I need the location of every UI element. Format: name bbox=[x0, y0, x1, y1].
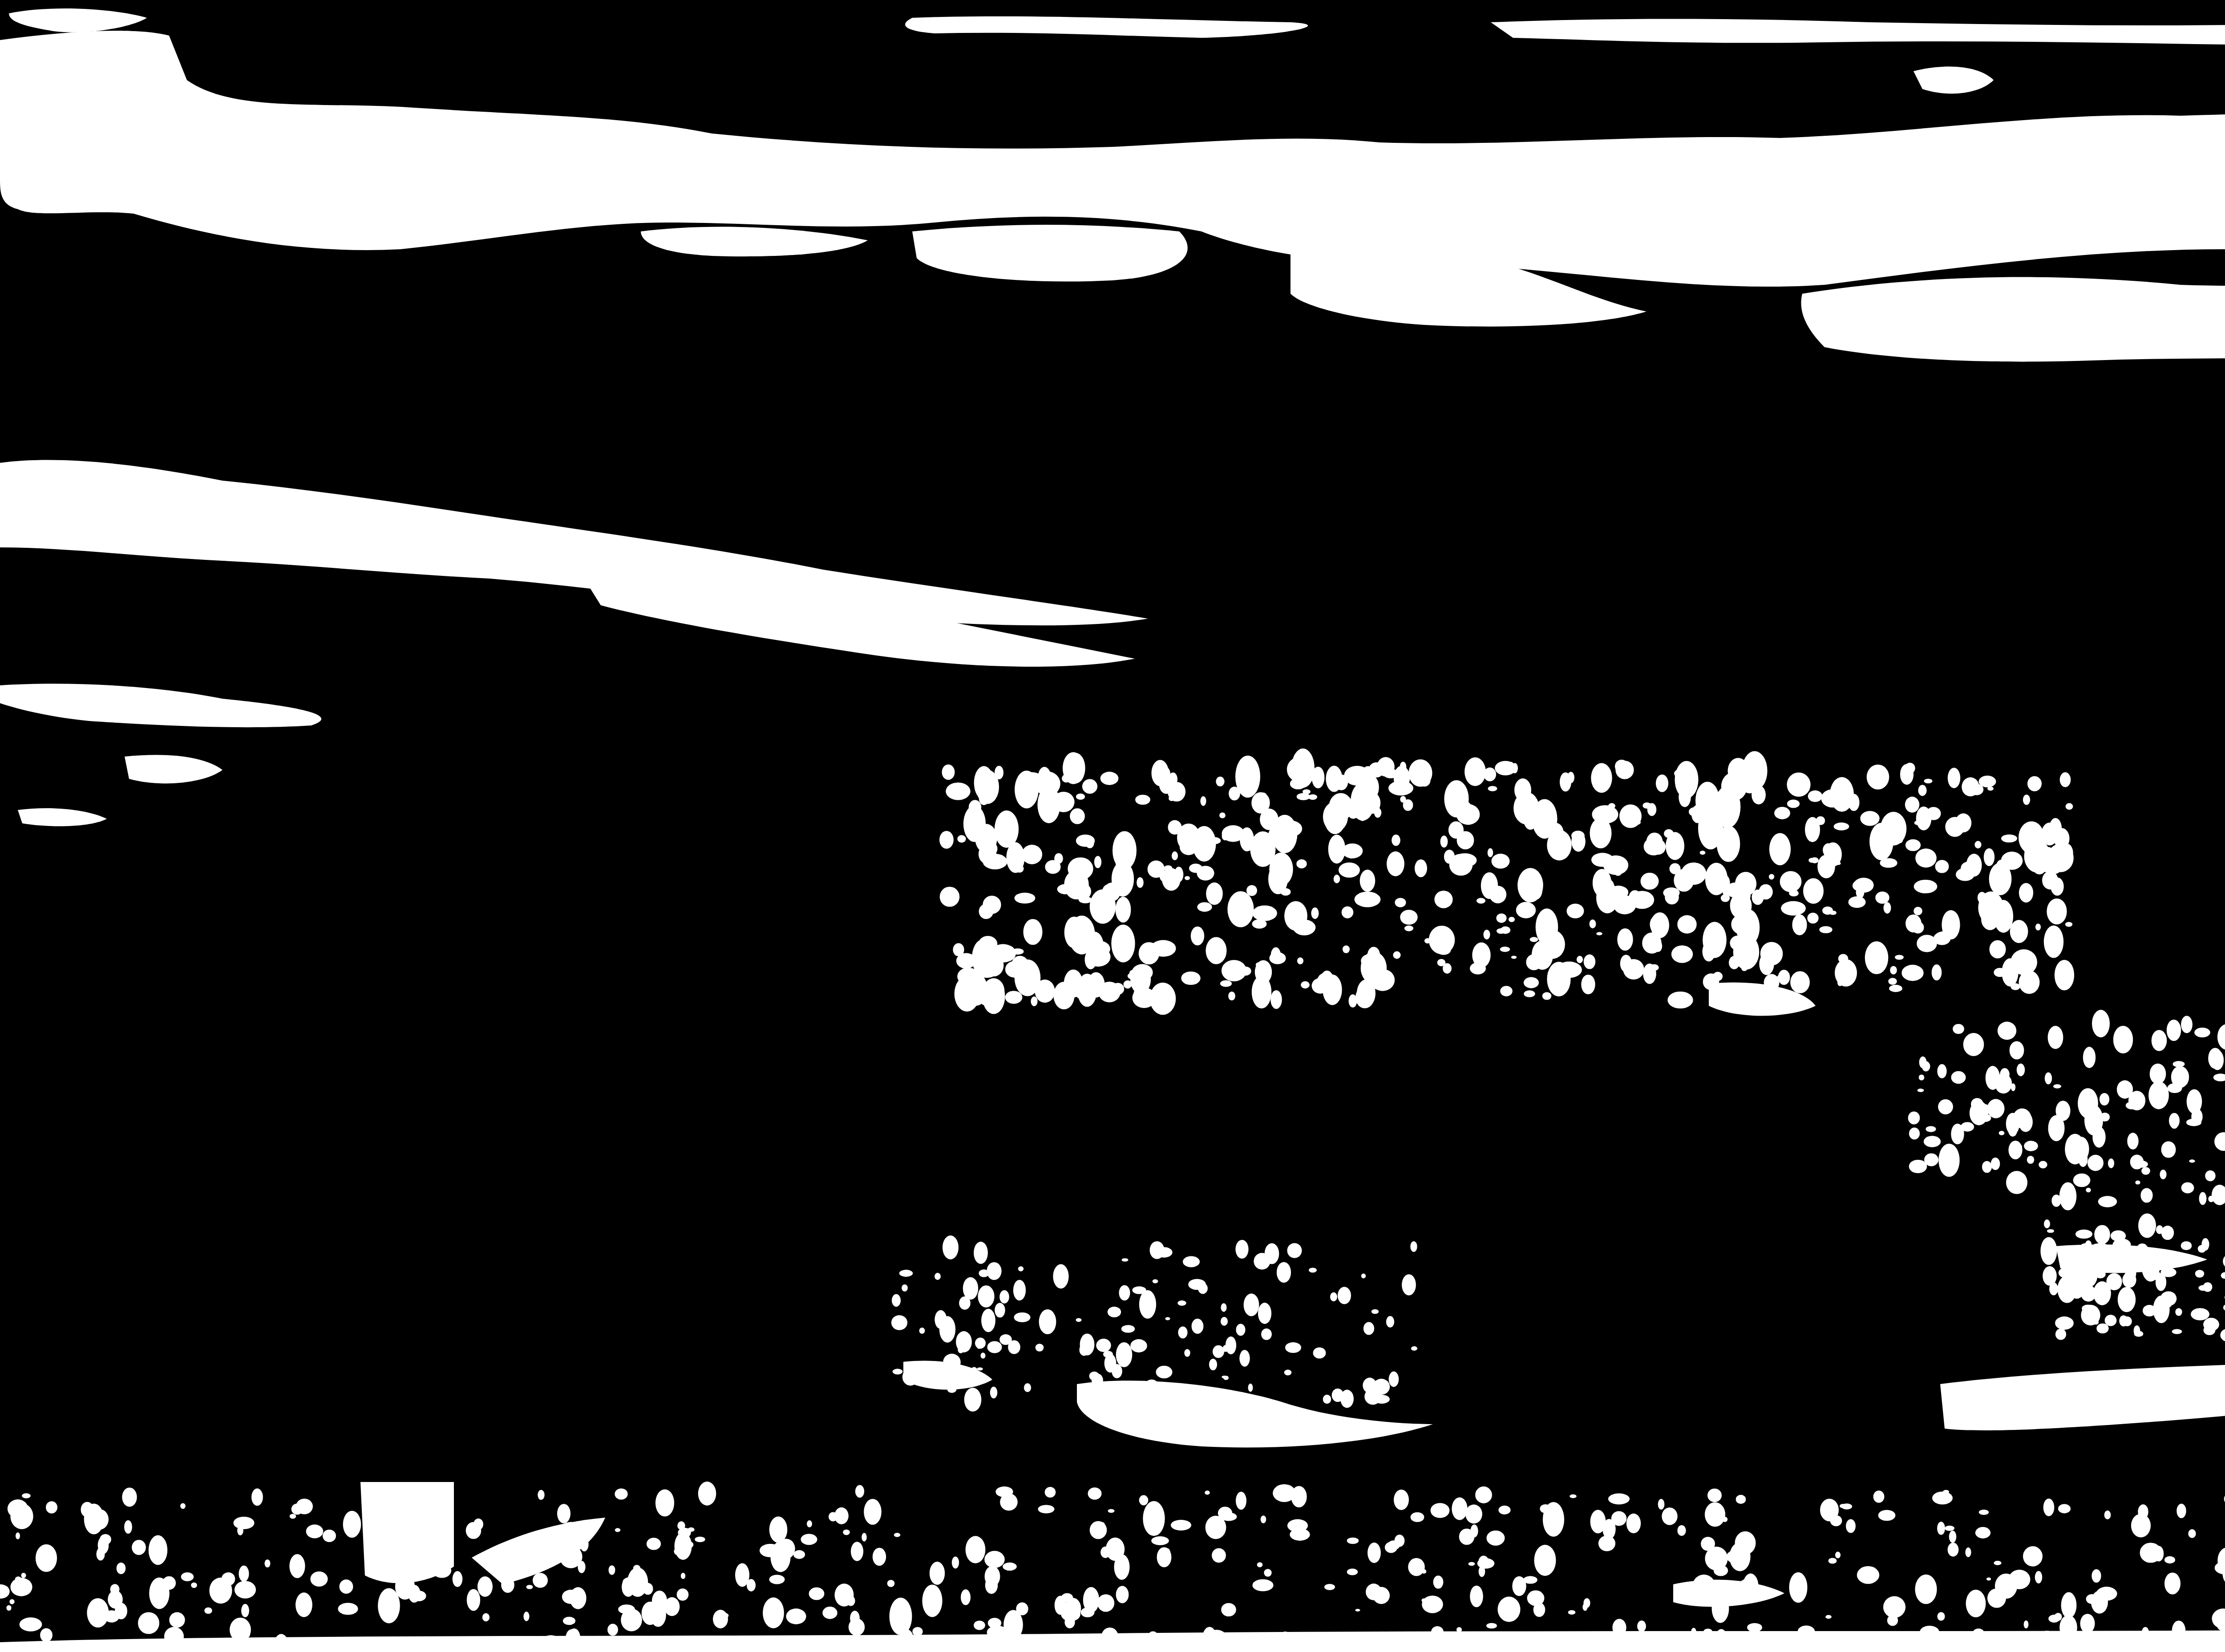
thresholded-photo bbox=[0, 0, 2225, 1652]
